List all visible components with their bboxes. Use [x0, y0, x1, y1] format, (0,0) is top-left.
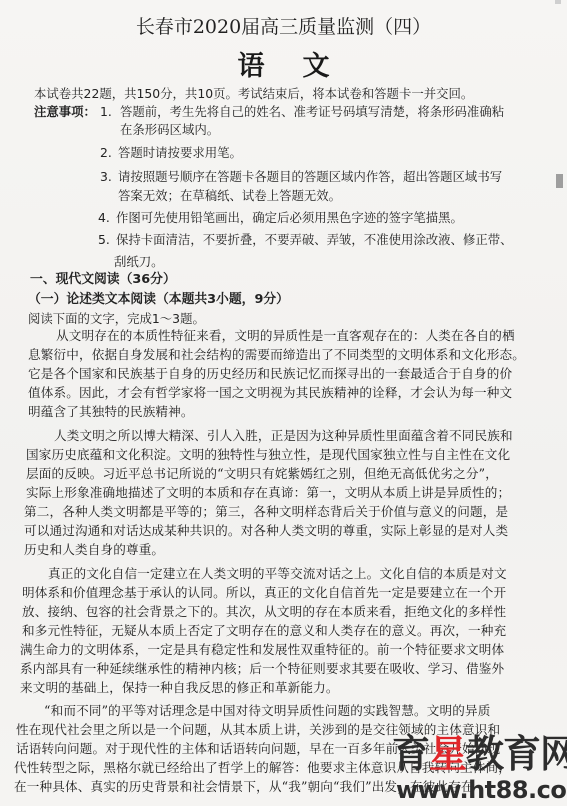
note-5-line-2: 刮纸刀。	[114, 254, 164, 270]
note-3-line-2: 答案无效；在草稿纸、试卷上答题无效。	[118, 188, 341, 204]
passage-line-17: 满生命力的文明体系，一定是具有稳定性和发展性双重特征的。前一个特征要求文明体	[20, 642, 504, 658]
notes-label: 注意事项：	[34, 104, 96, 120]
scan-corner-mark	[555, 0, 561, 4]
watermark-brand-part-3: 教育网	[466, 732, 567, 776]
note-3-line-1: 请按照题号顺序在答题卡各题目的答题区域内作答，超出答题区域书写	[118, 169, 502, 185]
passage-line-5: 明蕴含了其独特的民族精神。	[28, 404, 194, 420]
note-3-number: 3.	[100, 169, 112, 185]
passage-line-6: 人类文明之所以博大精深、引人入胜，正是因为这种异质性里面蕴含着不同民族和	[54, 428, 513, 444]
exam-title: 长春市2020届高三质量监测（四）	[0, 12, 567, 39]
scan-marker	[556, 174, 563, 188]
passage-line-4: 值体系。因此，才会有哲学家将一国之文明视为其民族精神的诠释，才会认为每一种文	[28, 385, 512, 401]
passage-line-7: 国家历史底蕴和文化积淀。文明的独特性与独立性，是现代国家独立性与自主性在文化	[26, 447, 510, 463]
reading-instruction: 阅读下面的文字，完成1～3题。	[28, 311, 205, 327]
subject-title-char-1: 语	[238, 44, 265, 83]
passage-line-16: 和多元性特征，无疑从本质上否定了文明存在的意义和人类存在的意义。再次，一种充	[22, 623, 506, 639]
passage-line-9: 实际上形象准确地描述了文明的本质和存在真谛：第一，文明从本质上讲是异质性的；	[26, 485, 510, 501]
note-1-line-2: 在条形码区域内。	[120, 122, 219, 138]
subject-title: 语文	[0, 44, 567, 83]
subject-title-char-2: 文	[303, 44, 330, 83]
passage-line-8: 层面的反映。习近平总书记所说的“文明只有姹紫嫣红之别，但绝无高低优劣之分”，	[26, 466, 498, 482]
note-4-line-1: 作图可先使用铅笔画出，确定后必须用黑色字迹的签字笔描黑。	[116, 210, 463, 226]
note-4-number: 4.	[98, 210, 110, 226]
passage-line-11: 可以通过沟通和对话达成某种共识的。对各种人类文明的尊重，实际上彰显的是对人类	[24, 523, 508, 539]
passage-line-2: 息繁衍中，依据自身发展和社会结构的需要而缔造出了不同类型的文明体系和文化形态。	[28, 347, 525, 363]
passage-line-10: 第二，各种人类文明都是平等的；第三，各种文明样态背后关于价值与意义的问题，是	[24, 504, 508, 520]
passage-line-18: 系内部具有一种延续继承性的精神内核；后一个特征则要求其要在吸收、学习、借鉴外	[20, 661, 504, 677]
note-5-line-1: 保持卡面清洁，不要折叠，不要弄破、弄皱，不准使用涂改液、修正带、	[116, 232, 513, 248]
site-watermark: 育星教育网 www.ht88.com	[392, 732, 567, 806]
note-2-line-1: 答题时请按要求用笔。	[118, 145, 242, 161]
note-5-number: 5.	[98, 232, 110, 248]
note-2-number: 2.	[100, 145, 112, 161]
note-1-number: 1.	[100, 104, 112, 120]
passage-line-1: 从文明存在的本质性特征来看，文明的异质性是一直客观存在的：人类在各自的栖	[56, 328, 515, 344]
exam-intro: 本试卷共22题，共150分，共10页。考试结束后，将本试卷和答题卡一并交回。	[34, 86, 473, 102]
passage-line-19: 来文明的基础上，保持一种自我反思的修正和革新能力。	[20, 680, 339, 696]
watermark-brand-part-2: 星	[429, 732, 466, 776]
passage-line-13: 真正的文化自信一定建立在人类文明的平等交流对话之上。文化自信的本质是对文	[48, 566, 507, 582]
passage-line-12: 历史和人类自身的尊重。	[24, 542, 164, 558]
passage-line-20: “和而不同”的平等对话理念是中国对待文明异质性问题的实践智慧。文明的异质	[44, 703, 490, 719]
subsection-title: （一）论述类文本阅读（本题共3小题，9分）	[28, 292, 289, 308]
passage-line-3: 它是各个国家和民族基于自身的历史经历和民族记忆而探寻出的一套最适合于自身的价	[28, 366, 512, 382]
passage-line-15: 放、接纳、包容的社会背景之下的。其次，从文明的存在本质来看，拒绝文化的多样性	[22, 604, 506, 620]
watermark-brand: 育星教育网	[392, 732, 567, 776]
exam-page: 长春市2020届高三质量监测（四） 语文 本试卷共22题，共150分，共10页。…	[0, 0, 567, 806]
watermark-brand-part-1: 育	[392, 732, 429, 776]
passage-line-14: 明体系和价值理念基于承认的认同。所以，真正的文化自信首先一定是要建立在一个开	[22, 585, 506, 601]
section-title: 一、现代文阅读（36分）	[30, 272, 176, 288]
watermark-url: www.ht88.com	[396, 776, 567, 804]
note-1-line-1: 答题前，考生先将自己的姓名、准考证号码填写清楚，将条形码准确粘	[120, 104, 504, 120]
